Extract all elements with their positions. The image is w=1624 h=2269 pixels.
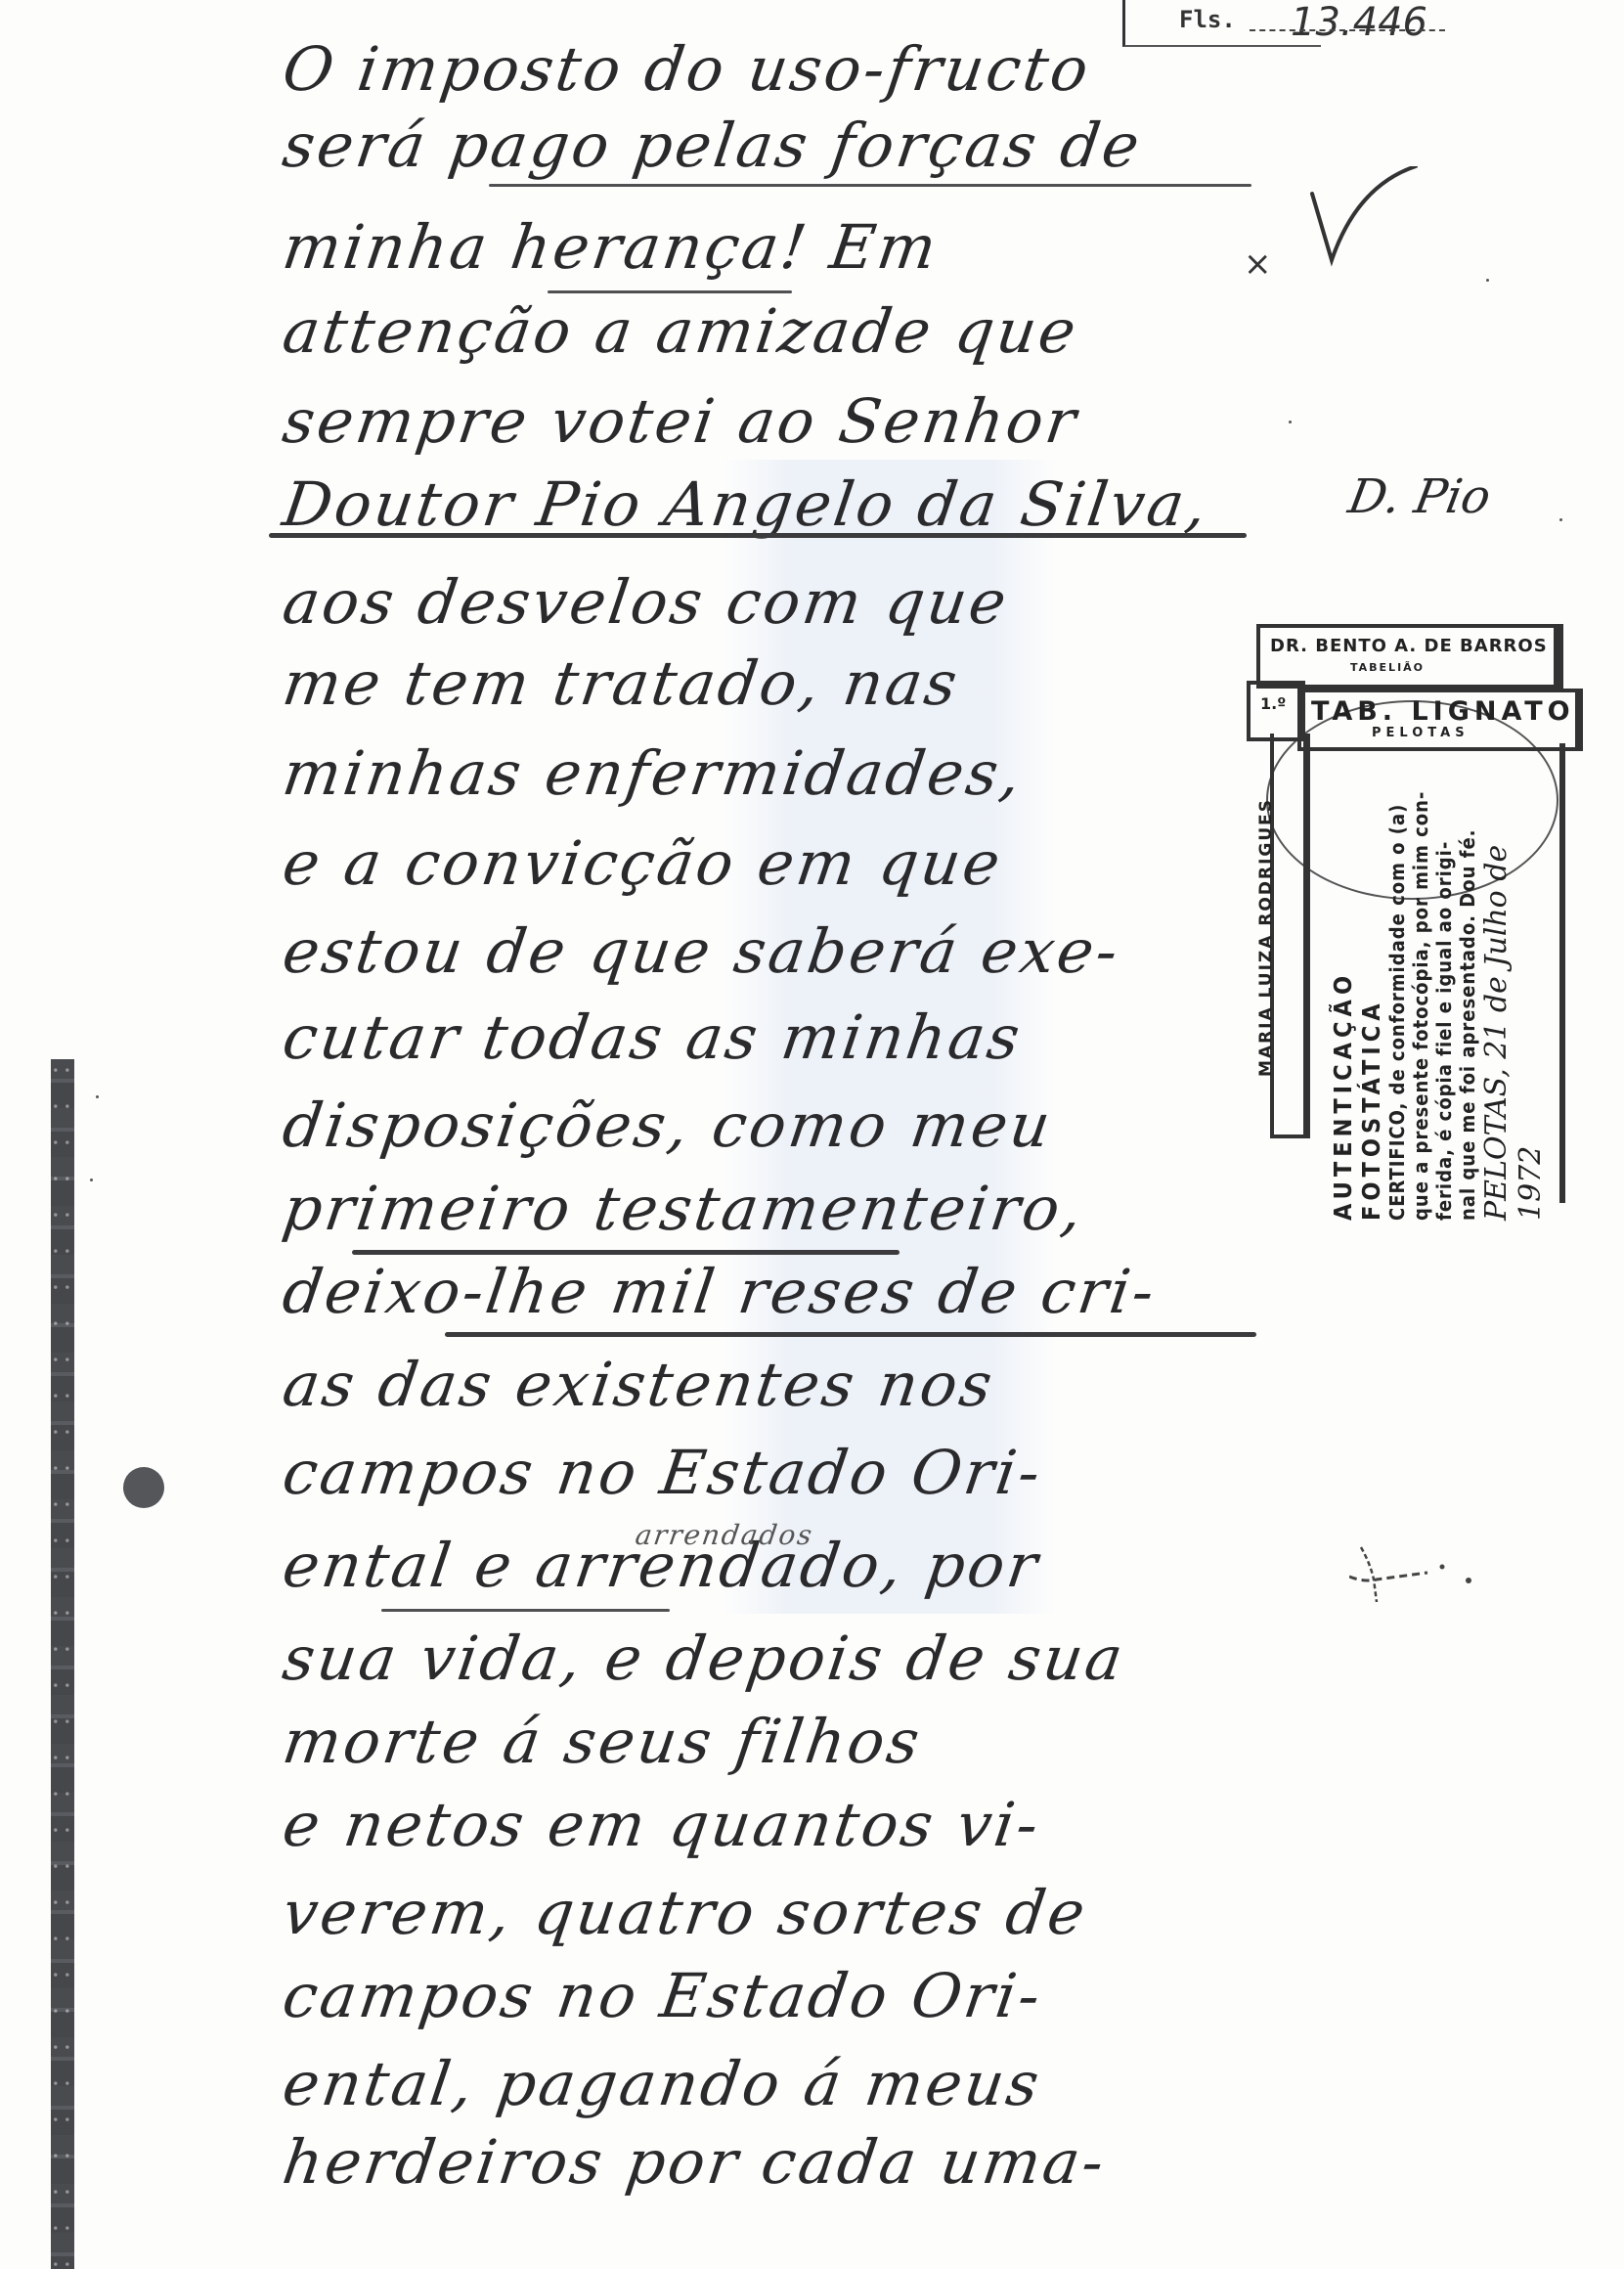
stamp-body-line: ferida, é cópia fiel e igual ao origi- xyxy=(1432,761,1456,1221)
stamp-place-date: PELOTAS, 21 de Julho de 1972 xyxy=(1479,761,1548,1221)
handwritten-line: primeiro testamenteiro, xyxy=(280,1179,1089,1239)
stamp-office-number: 1.º xyxy=(1260,694,1286,713)
margin-note-dr-pio: D. Pio xyxy=(1344,469,1495,524)
handwritten-line: minhas enfermidades, xyxy=(280,743,1028,804)
stamp-body-line: CERTIFICO, de conformidade com o (a) xyxy=(1385,761,1409,1221)
scan-speck xyxy=(1289,421,1292,423)
underline-mil-reses xyxy=(445,1332,1256,1337)
handwritten-line: cutar todas as minhas xyxy=(280,1007,1027,1068)
punch-hole xyxy=(123,1467,164,1508)
handwritten-line: estou de que saberá exe- xyxy=(280,921,1124,982)
binding-strip xyxy=(51,1059,74,2269)
handwritten-line: sempre votei ao Senhor xyxy=(280,391,1082,452)
stamp-office-number-box: 1.º xyxy=(1247,681,1305,741)
stamp-body-line: que a presente fotocópia, por mim con- xyxy=(1409,761,1432,1221)
handwritten-line: ental, pagando á meus xyxy=(280,2054,1045,2114)
cross-mark-icon xyxy=(1349,1545,1486,1604)
stamp-authentication-text: AUTENTICAÇÃO FOTOSTÁTICA CERTIFICO, de c… xyxy=(1329,761,1563,1221)
handwritten-line: e netos em quantos vi- xyxy=(280,1795,1045,1855)
check-mark-icon xyxy=(1310,166,1418,274)
scan-speck xyxy=(96,1095,99,1098)
handwritten-line: disposições, como meu xyxy=(280,1095,1057,1156)
stamp-notary-title: TABELIÃO xyxy=(1350,661,1425,674)
handwritten-line: morte á seus filhos xyxy=(280,1712,926,1772)
scan-speck xyxy=(1486,279,1489,282)
interlinear-note: arrendados xyxy=(634,1522,815,1549)
stamp-side-text: MARIA LUIZA RODRIGUES xyxy=(1256,751,1295,1123)
scanned-document-page: Fls. 13.446 O imposto do uso-fructoserá … xyxy=(0,0,1624,2269)
handwritten-line: herdeiros por cada uma- xyxy=(280,2132,1111,2193)
folio-number: 13.446 xyxy=(1291,0,1427,45)
stamp-heading: AUTENTICAÇÃO FOTOSTÁTICA xyxy=(1329,761,1385,1221)
handwritten-line: campos no Estado Ori- xyxy=(280,1966,1047,2026)
stamp-notary-name: DR. BENTO A. DE BARROS xyxy=(1270,636,1548,656)
handwritten-line: as das existentes nos xyxy=(280,1355,998,1415)
stamp-office-box: TAB. LIGNATO PELOTAS xyxy=(1297,689,1583,751)
scan-speck xyxy=(1559,518,1562,521)
handwritten-line: aos desvelos com que xyxy=(280,572,1013,633)
handwritten-line: attenção a amizade que xyxy=(280,301,1082,362)
scan-speck xyxy=(90,1179,93,1181)
underline-testamenteiro xyxy=(352,1250,900,1255)
underline-doutor-pio xyxy=(269,533,1247,538)
underline-arrendado xyxy=(381,1609,670,1612)
handwritten-line: verem, quatro sortes de xyxy=(280,1883,1091,1943)
notary-authentication-stamp: DR. BENTO A. DE BARROS TABELIÃO 1.º TAB.… xyxy=(1227,624,1579,1211)
x-mark: × xyxy=(1244,245,1272,284)
folio-label: Fls. xyxy=(1179,6,1236,33)
handwritten-line: será pago pelas forças de xyxy=(280,115,1146,176)
handwritten-line: O imposto do uso-fructo xyxy=(280,39,1095,100)
underline-heranca xyxy=(548,290,792,293)
handwritten-line: Doutor Pio Angelo da Silva, xyxy=(280,474,1213,535)
handwritten-line: sua vida, e depois de sua xyxy=(280,1628,1129,1689)
folio-dashed-line xyxy=(1250,29,1445,31)
handwritten-line: deixo-lhe mil reses de cri- xyxy=(280,1262,1161,1322)
underline-forcas xyxy=(489,184,1251,187)
stamp-body-line: nal que me foi apresentado. Dou fé. xyxy=(1456,761,1479,1221)
handwritten-line: campos no Estado Ori- xyxy=(280,1443,1047,1503)
stamp-notary-name-box: DR. BENTO A. DE BARROS TABELIÃO xyxy=(1256,624,1563,689)
handwritten-line: e a convicção em que xyxy=(280,833,1007,894)
handwritten-line: me tem tratado, nas xyxy=(280,653,964,714)
handwritten-line: minha herança! Em xyxy=(280,217,943,278)
stamp-office-city: PELOTAS xyxy=(1372,726,1470,740)
stamp-office-name: TAB. LIGNATO xyxy=(1311,696,1575,727)
